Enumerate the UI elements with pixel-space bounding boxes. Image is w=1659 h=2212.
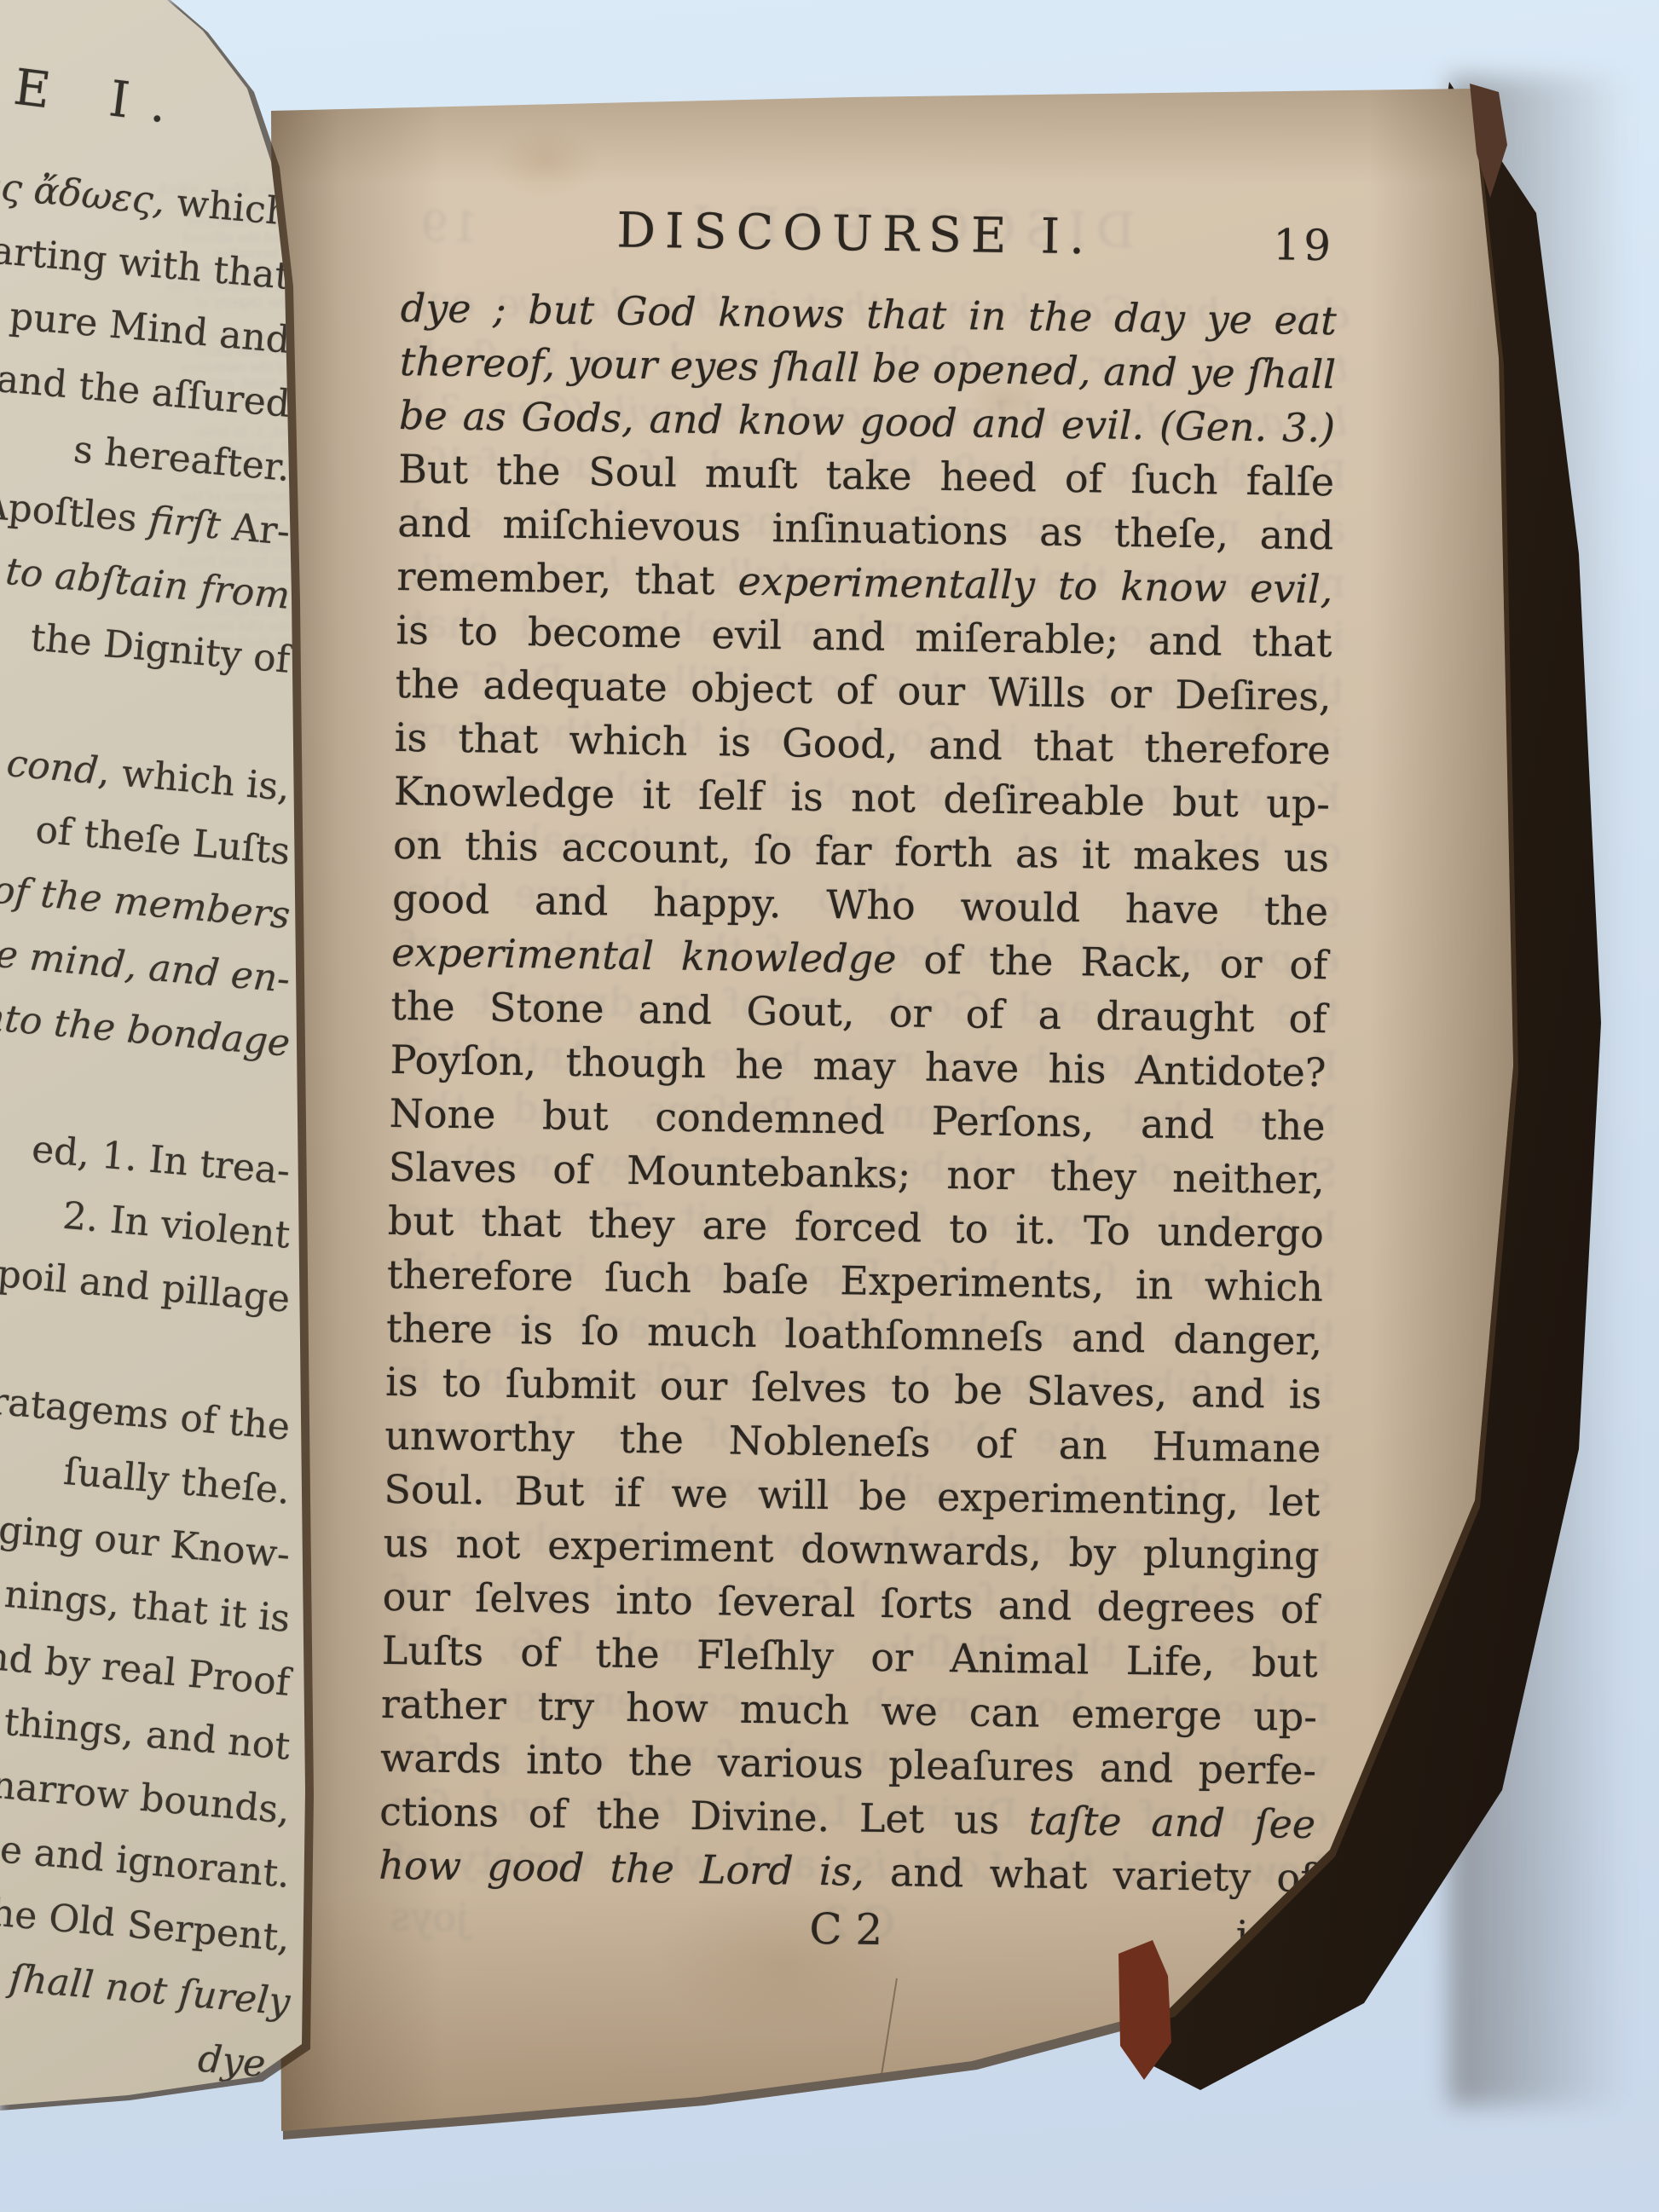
italic-run: experimentally to know evil, <box>737 558 1332 613</box>
roman-run: Soul. But if we will be experimenting, l… <box>384 1466 1321 1525</box>
roman-run: s hereafter. <box>72 428 292 490</box>
roman-run: None but condemned Perſons, and the <box>389 1090 1326 1149</box>
italic-run: cond <box>5 742 101 793</box>
running-header: DISCOURSE I. 19 <box>401 177 1338 294</box>
roman-run: the adequate object of our Wills or Deſi… <box>395 661 1332 719</box>
roman-run: the Dignity of <box>29 615 292 681</box>
roman-run: ctions of the Divine. Let us <box>379 1788 1030 1844</box>
roman-run: ſually theſe. <box>62 1450 292 1513</box>
roman-run: But the Soul muſt take heed of ſuch falſ… <box>398 446 1335 505</box>
roman-run: , which is, <box>96 749 292 809</box>
roman-run: the Stone and Gout, or of a draught of <box>390 983 1327 1042</box>
roman-run: and miſchievous inſinuations as theſe, a… <box>397 500 1334 558</box>
roman-run: on this account, ſo far forth as it make… <box>393 822 1330 881</box>
roman-run: 2. In violent <box>61 1194 292 1257</box>
roman-run: remember, that <box>396 553 738 604</box>
roman-run: there is ſo much loathſomneſs and danger… <box>386 1305 1323 1364</box>
roman-run: Luſts of the Fleſhly or Animal Life, but <box>381 1627 1318 1686</box>
roman-run: is that which is Good, and that therefor… <box>394 714 1331 773</box>
roman-run: but that they are forced to it. To under… <box>388 1198 1325 1256</box>
roman-run: good and happy. Who would have the <box>392 875 1329 934</box>
roman-run: our ſelves into ſeveral ſorts and degree… <box>382 1574 1319 1632</box>
roman-run: Apoſtles <box>0 483 151 541</box>
italic-run: be as Gods, and know good and evil. (Gen… <box>399 392 1336 451</box>
italic-run: dye ; but God knows that in the day ye e… <box>400 285 1337 344</box>
roman-run: therefore ſuch baſe Experiments, in whic… <box>387 1251 1324 1310</box>
roman-run: which <box>163 180 292 234</box>
roman-run: Knowledge it ſelf is not deſireable but … <box>394 768 1331 827</box>
roman-run: and what variety of <box>864 1849 1315 1901</box>
signature-mark: C 2 <box>809 1902 883 1957</box>
italic-run: how good the Lord is, <box>379 1842 864 1895</box>
roman-run: Ar- <box>218 505 292 554</box>
right-page-content: DISCOURSE I. 19 dye ; but God knows that… <box>378 177 1338 1963</box>
roman-run: is to ſubmit our ſelves to be Slaves, an… <box>385 1359 1322 1418</box>
roman-run: us not experiment downwards, by plunging <box>383 1520 1320 1579</box>
roman-run: wards into the various pleaſures and per… <box>380 1735 1317 1793</box>
left-text-block: δῶες ἄδωες, whicharting with thatpure Mi… <box>0 181 290 2099</box>
roman-run: Poyſon, though he may have his Antidote? <box>390 1037 1327 1095</box>
book-photo-scene: DISCOURSE I. 19 dye ; but God knows that… <box>0 0 1659 2212</box>
main-text-block: dye ; but God knows that in the day ye e… <box>379 281 1337 1905</box>
italic-run: thereof, your eyes ſhall be opened, and … <box>400 338 1337 397</box>
roman-run: is to become evil and miſerable; and tha… <box>396 607 1332 666</box>
italic-run: δῶες ἄδωες, <box>0 159 167 223</box>
running-header-title: DISCOURSE I. <box>616 203 1095 266</box>
page-number: 19 <box>1273 220 1334 270</box>
italic-run: firſt <box>147 499 222 548</box>
italic-run: taſte and ſee <box>1029 1797 1316 1847</box>
roman-run: of theſe Luſts <box>34 808 292 874</box>
roman-run: of the Rack, or of <box>896 936 1327 988</box>
roman-run: unworthy the Nobleneſs of an Humane <box>384 1412 1321 1471</box>
roman-run: rather try how much we can emerge up- <box>381 1681 1318 1740</box>
italic-run: experimental knowledge <box>391 929 897 982</box>
roman-run: Slaves of Mountebanks; nor they neither, <box>388 1144 1325 1203</box>
